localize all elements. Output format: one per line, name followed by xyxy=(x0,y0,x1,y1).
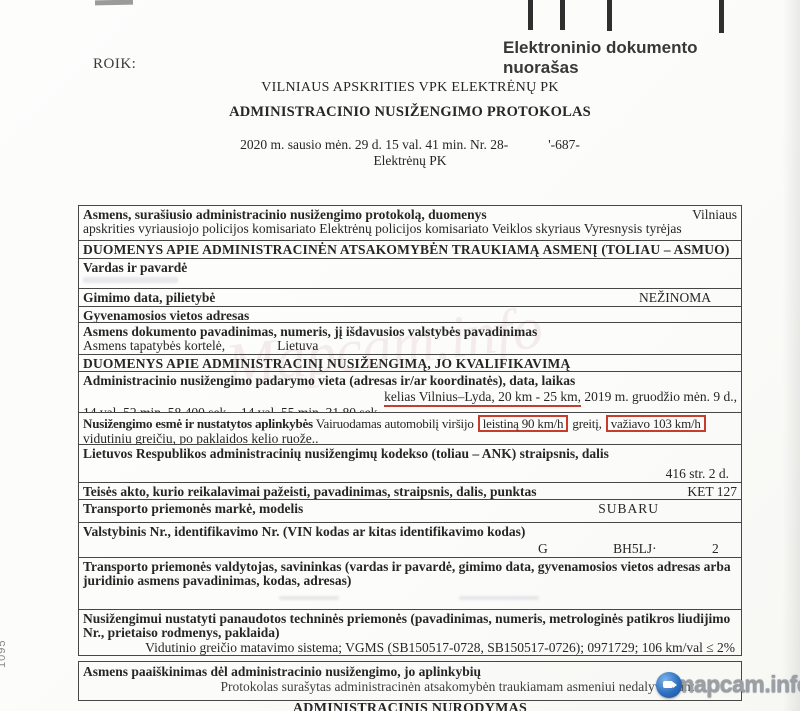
location-label: Administracinio nusižengimo padarymo vie… xyxy=(83,373,575,388)
redacted-owner xyxy=(279,596,339,600)
officer-label: Asmens, surašiusio administracinio nusiž… xyxy=(83,208,487,222)
row-code: Lietuvos Respublikos administracinių nus… xyxy=(79,445,741,483)
redacted-owner xyxy=(459,596,539,600)
vehicle-value: SUBARU xyxy=(598,502,737,522)
essence-text1: Vairuodamas automobilį viršijo xyxy=(316,416,474,431)
mapcam-watermark: mapcam.info xyxy=(656,671,800,698)
protocol-date-number: 2020 m. sausio mėn. 29 d. 15 val. 41 min… xyxy=(78,137,742,153)
birth-label: Gimimo data, pilietybė xyxy=(83,291,215,306)
row-name: Vardas ir pavardė xyxy=(79,259,741,289)
address-label: Gyvenamosios vietos adresas xyxy=(83,308,249,323)
essence-label: Nusižengimo esmė ir nustatytos aplinkybė… xyxy=(83,416,313,431)
row-plate: Valstybinis Nr., identifikavimo Nr. (VIN… xyxy=(79,523,741,558)
scanned-protocol-page: Elektroninio dokumento nuorašas ROIK: 10… xyxy=(0,0,800,711)
row-device: Nusižengimui nustatyti panaudotos techni… xyxy=(79,610,741,655)
act-label: Teisės akto, kurio reikalavimai pažeisti… xyxy=(83,485,536,499)
scan-mark-bar xyxy=(560,0,565,30)
document-line2: Asmens tapatybės kortelė,Lietuva xyxy=(83,339,737,353)
plate-line2: G BH5LJ· 2 xyxy=(83,542,737,556)
code-value: 416 str. 2 d. xyxy=(83,467,737,481)
row-section-violation: DUOMENYS APIE ADMINISTRACINĮ NUSIŽENGIMĄ… xyxy=(79,355,741,372)
act-value: KET 127 xyxy=(687,485,737,499)
plate-part3: 2 xyxy=(712,541,719,556)
scan-mark-bar xyxy=(607,0,612,31)
protocol-number-suffix: '-687- xyxy=(548,137,580,152)
row-birth: Gimimo data, pilietybė NEŽINOMA xyxy=(79,289,741,307)
explanation-label: Asmens paaiškinimas dėl administracinio … xyxy=(83,664,481,679)
location-underlined-segment: kelias Vilnius–Lyda, 20 km - 25 km, xyxy=(384,389,581,407)
officer-line1: Asmens, surašiusio administracinio nusiž… xyxy=(83,208,737,222)
police-department-name: VILNIAUS APSKRITIES VPK ELEKTRĖNŲ PK xyxy=(78,80,742,96)
scan-artifact xyxy=(95,0,133,5)
protocol-place: Elektrėnų PK xyxy=(78,153,742,169)
document-type: Asmens tapatybės kortelė, xyxy=(83,338,225,353)
protocol-table: Asmens, surašiusio administracinio nusiž… xyxy=(78,205,742,656)
next-section-title: ADMINISTRACINIS NURODYMAS xyxy=(78,701,742,711)
explanation-box: Asmens paaiškinimas dėl administracinio … xyxy=(78,661,742,701)
row-act: Teisės akto, kurio reikalavimai pažeisti… xyxy=(79,483,741,500)
row-owner: Transporto priemonės valdytojas, savinin… xyxy=(79,558,741,610)
row-address: Gyvenamosios vietos adresas xyxy=(79,307,741,323)
protocol-date: 2020 m. sausio mėn. 29 d. 15 val. 41 min… xyxy=(240,137,508,152)
row-essence: Nusižengimo esmė ir nustatytos aplinkybė… xyxy=(79,413,741,445)
essence-line1: Nusižengimo esmė ir nustatytos aplinkybė… xyxy=(83,415,737,432)
plate-part2: BH5LJ· xyxy=(613,541,657,556)
device-value: Vidutinio greičio matavimo sistema; VGMS… xyxy=(83,640,737,655)
essence-line2: vidutiniu greičiu, po paklaidos kelio ru… xyxy=(83,432,737,445)
document-title: ADMINISTRACINIO NUSIŽENGIMO PROTOKOLAS xyxy=(78,104,742,121)
plate-label: Valstybinis Nr., identifikavimo Nr. (VIN… xyxy=(83,524,525,539)
document-label: Asmens dokumento pavadinimas, numeris, j… xyxy=(83,324,537,339)
birth-value: NEŽINOMA xyxy=(639,291,737,306)
code-label: Lietuvos Respublikos administracinių nus… xyxy=(83,446,609,461)
location-date: 2019 m. gruodžio mėn. 9 d., xyxy=(581,389,737,404)
location-line2: kelias Vilnius–Lyda, 20 km - 25 km, 2019… xyxy=(83,388,737,404)
row-location: Administracinio nusižengimo padarymo vie… xyxy=(79,372,741,413)
document-country: Lietuva xyxy=(277,338,318,353)
redacted-name xyxy=(83,277,178,283)
device-label: Nusižengimui nustatyti panaudotos techni… xyxy=(83,611,730,640)
row-document: Asmens dokumento pavadinimas, numeris, j… xyxy=(79,323,741,355)
plate-part1: G xyxy=(538,541,548,556)
name-label: Vardas ir pavardė xyxy=(83,260,187,275)
electronic-copy-stamp: Elektroninio dokumento nuorašas xyxy=(503,38,753,78)
row-officer: Asmens, surašiusio administracinio nusiž… xyxy=(79,206,741,241)
vehicle-label: Transporto priemonės markė, modelis xyxy=(83,502,303,522)
officer-line2: apskrities vyriausiojo policijos komisar… xyxy=(83,222,737,236)
essence-boxed-limit: leistiną 90 km/h xyxy=(478,415,569,432)
explanation-line: Protokolas surašytas administracinėn ats… xyxy=(83,679,737,694)
scan-edge-shadow xyxy=(782,0,800,711)
scan-mark-bar xyxy=(719,0,724,33)
mapcam-logo-text: mapcam.info xyxy=(674,671,800,698)
officer-city: Vilniaus xyxy=(692,208,737,222)
essence-boxed-speed: važiavo 103 km/h xyxy=(606,415,706,432)
mapcam-logo-icon xyxy=(656,672,682,698)
owner-label: Transporto priemonės valdytojas, savinin… xyxy=(83,559,731,588)
essence-text2: greitį, xyxy=(572,416,601,431)
roik-label: ROIK: xyxy=(93,56,136,73)
row-vehicle: Transporto priemonės markė, modelis SUBA… xyxy=(79,500,741,523)
scan-side-number: 1095 xyxy=(0,640,8,668)
scan-mark-bar xyxy=(528,0,533,30)
row-section-person: DUOMENYS APIE ADMINISTRACINĖN ATSAKOMYBĖ… xyxy=(79,241,741,259)
